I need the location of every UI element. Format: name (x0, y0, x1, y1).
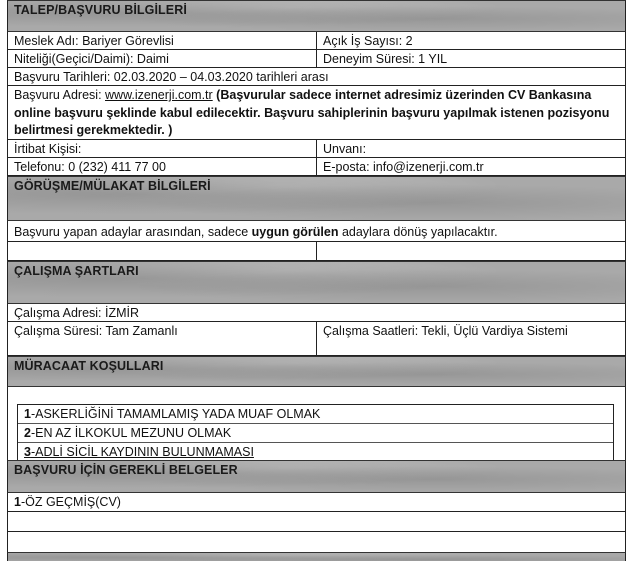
list-item: 1-ASKERLİĞİNİ TAMAMLAMIŞ YADA MUAF OLMAK (18, 405, 613, 424)
gorusme-text: Başvuru yapan adaylar arasından, sadece … (8, 221, 625, 242)
eposta: E-posta: info@izenerji.com.tr (317, 158, 625, 176)
basvuru-adresi-label: Başvuru Adresi: (14, 88, 105, 102)
section-header-talep: TALEP/BAŞVURU BİLGİLERİ (7, 0, 626, 32)
item-number: 1 (24, 407, 31, 421)
item-number: 1 (14, 495, 21, 509)
basvuru-adresi: Başvuru Adresi: www.izenerji.com.tr (Baş… (8, 86, 625, 140)
niteligi: Niteliği(Geçici/Daimi): Daimi (8, 50, 317, 68)
row-belge-1: 1-ÖZ GEÇMİŞ(CV) (7, 493, 626, 512)
muracaat-list: 1-ASKERLİĞİNİ TAMAMLAMIŞ YADA MUAF OLMAK… (17, 404, 614, 463)
section-header-calisma: ÇALIŞMA ŞARTLARI (7, 261, 626, 304)
gorusme-text-part: Başvuru yapan adaylar arasından, sadece (14, 225, 252, 239)
section-title: MÜRACAAT KOŞULLARI (14, 359, 163, 373)
section-title: BAŞVURU İÇİN GEREKLİ BELGELER (14, 463, 238, 477)
meslek-adi: Meslek Adı: Bariyer Görevlisi (8, 32, 317, 50)
row-basvuru-adresi: Başvuru Adresi: www.izenerji.com.tr (Baş… (7, 86, 626, 140)
calisma-suresi: Çalışma Süresi: Tam Zamanlı (8, 322, 317, 356)
gorusme-text-part: adaylara dönüş yapılacaktır. (338, 225, 497, 239)
empty-cell (8, 532, 625, 552)
row-calisma-adresi: Çalışma Adresi: İZMİR (7, 304, 626, 322)
irtibat-kisisi: İrtibat Kişisi: (8, 140, 317, 158)
section-header-belgeler: BAŞVURU İÇİN GEREKLİ BELGELER (7, 460, 626, 493)
item-text: -ASKERLİĞİNİ TAMAMLAMIŞ YADA MUAF OLMAK (31, 407, 320, 421)
row-tarihler: Başvuru Tarihleri: 02.03.2020 – 04.03.20… (7, 68, 626, 86)
calisma-adresi: Çalışma Adresi: İZMİR (8, 304, 625, 322)
section-title: ÇALIŞMA ŞARTLARI (14, 264, 139, 278)
list-item: 2-EN AZ İLKOKUL MEZUNU OLMAK (18, 424, 613, 443)
gorusme-text-bold: uygun görülen (252, 225, 339, 239)
row-gorusme-text: Başvuru yapan adaylar arasından, sadece … (7, 221, 626, 242)
calisma-saatleri: Çalışma Saatleri: Tekli, Üçlü Vardiya Si… (317, 322, 625, 356)
empty-cell (8, 512, 625, 532)
section-header-truncated (7, 552, 626, 561)
section-header-muracaat: MÜRACAAT KOŞULLARI (7, 356, 626, 387)
empty-cell (317, 242, 625, 261)
empty-cell (8, 242, 317, 261)
column-divider (316, 242, 317, 261)
basvuru-tarihleri: Başvuru Tarihleri: 02.03.2020 – 04.03.20… (8, 68, 625, 86)
acik-is-sayisi: Açık İş Sayısı: 2 (317, 32, 625, 50)
unvani: Unvanı: (317, 140, 625, 158)
item-number: 3 (24, 445, 31, 459)
belge-item: 1-ÖZ GEÇMİŞ(CV) (8, 493, 625, 512)
item-text: -ADLİ SİCİL KAYDININ BULUNMAMASI (31, 445, 254, 459)
section-header-gorusme: GÖRÜŞME/MÜLAKAT BİLGİLERİ (7, 176, 626, 221)
muracaat-body: 1-ASKERLİĞİNİ TAMAMLAMIŞ YADA MUAF OLMAK… (7, 387, 626, 460)
column-divider (316, 322, 317, 356)
item-text: -ÖZ GEÇMİŞ(CV) (21, 495, 121, 509)
column-divider (316, 32, 317, 68)
column-divider (316, 140, 317, 176)
row-belge-empty (7, 532, 626, 552)
deneyim-suresi: Deneyim Süresi: 1 YIL (317, 50, 625, 68)
website-link[interactable]: www.izenerji.com.tr (105, 88, 213, 102)
item-text: -EN AZ İLKOKUL MEZUNU OLMAK (31, 426, 231, 440)
section-title: GÖRÜŞME/MÜLAKAT BİLGİLERİ (14, 179, 211, 193)
section-title: TALEP/BAŞVURU BİLGİLERİ (14, 3, 187, 17)
row-belge-empty (7, 512, 626, 532)
item-number: 2 (24, 426, 31, 440)
telefonu: Telefonu: 0 (232) 411 77 00 (8, 158, 317, 176)
